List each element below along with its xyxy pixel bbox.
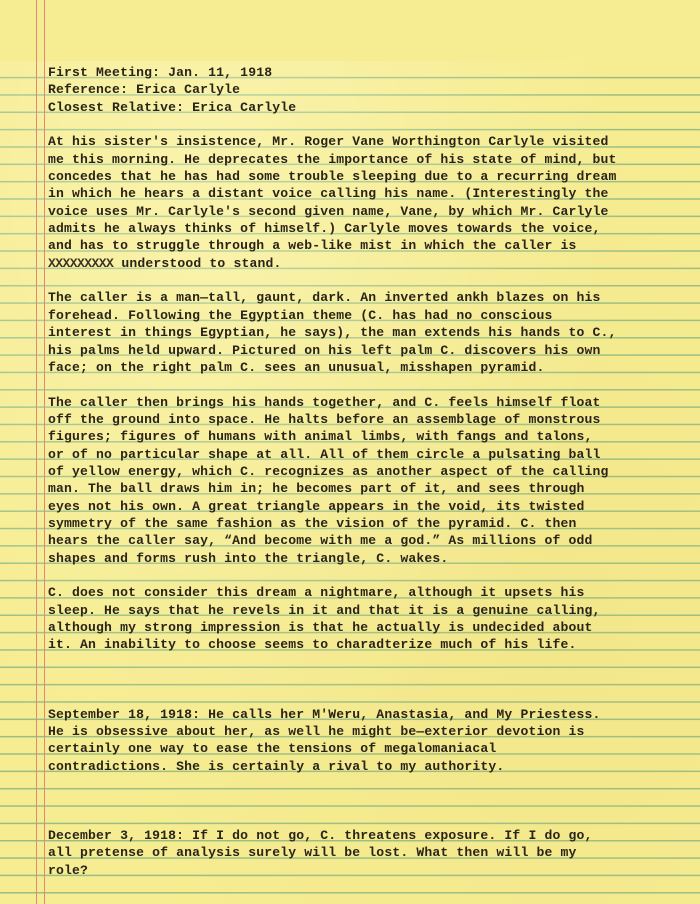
text-line: of yellow energy, which C. recognizes as… xyxy=(48,463,700,480)
text-line: in which he hears a distant voice callin… xyxy=(48,185,700,202)
margin-line-outer xyxy=(36,0,37,904)
text-line: and has to struggle through a web-like m… xyxy=(48,237,700,254)
spacer xyxy=(48,671,700,688)
text-line: admits he always thinks of himself.) Car… xyxy=(48,220,700,237)
paragraph-assessment: C. does not consider this dream a nightm… xyxy=(48,584,700,653)
first-meeting-line: First Meeting: Jan. 11, 1918 xyxy=(48,64,700,81)
page-top-margin xyxy=(0,0,700,61)
spacer xyxy=(48,376,700,393)
spacer xyxy=(48,688,700,705)
text-line: sleep. He says that he revels in it and … xyxy=(48,602,700,619)
spacer xyxy=(48,272,700,289)
text-line: The caller is a man—tall, gaunt, dark. A… xyxy=(48,289,700,306)
text-line: role? xyxy=(48,862,700,879)
entry-december: December 3, 1918: If I do not go, C. thr… xyxy=(48,827,700,879)
text-line: figures; figures of humans with animal l… xyxy=(48,428,700,445)
case-notes: First Meeting: Jan. 11, 1918 Reference: … xyxy=(48,64,700,879)
text-line: C. does not consider this dream a nightm… xyxy=(48,584,700,601)
text-line: At his sister's insistence, Mr. Roger Va… xyxy=(48,133,700,150)
legal-pad-page: First Meeting: Jan. 11, 1918 Reference: … xyxy=(0,0,700,904)
entry-september: September 18, 1918: He calls her M'Weru,… xyxy=(48,706,700,775)
text-line: September 18, 1918: He calls her M'Weru,… xyxy=(48,706,700,723)
text-line: hears the caller say, “And become with m… xyxy=(48,532,700,549)
text-line: all pretense of analysis surely will be … xyxy=(48,844,700,861)
paragraph-caller: The caller is a man—tall, gaunt, dark. A… xyxy=(48,289,700,376)
text-line: shapes and forms rush into the triangle,… xyxy=(48,550,700,567)
spacer xyxy=(48,567,700,584)
text-line: He is obsessive about her, as well he mi… xyxy=(48,723,700,740)
text-line: man. The ball draws him in; he becomes p… xyxy=(48,480,700,497)
reference-line: Reference: Erica Carlyle xyxy=(48,81,700,98)
text-line: eyes not his own. A great triangle appea… xyxy=(48,498,700,515)
text-line: although my strong impression is that he… xyxy=(48,619,700,636)
text-line: off the ground into space. He halts befo… xyxy=(48,411,700,428)
text-line: symmetry of the same fashion as the visi… xyxy=(48,515,700,532)
text-line: it. An inability to choose seems to char… xyxy=(48,636,700,653)
text-line: forehead. Following the Egyptian theme (… xyxy=(48,307,700,324)
text-line: concedes that he has had some trouble sl… xyxy=(48,168,700,185)
text-line: XXXXXXXXX understood to stand. xyxy=(48,255,700,272)
margin-line-inner xyxy=(44,0,45,904)
spacer xyxy=(48,654,700,671)
text-line: certainly one way to ease the tensions o… xyxy=(48,740,700,757)
text-line: or of no particular shape at all. All of… xyxy=(48,446,700,463)
paragraph-visit: At his sister's insistence, Mr. Roger Va… xyxy=(48,133,700,272)
spacer xyxy=(48,116,700,133)
text-line: voice uses Mr. Carlyle's second given na… xyxy=(48,203,700,220)
closest-relative-line: Closest Relative: Erica Carlyle xyxy=(48,99,700,116)
spacer xyxy=(48,810,700,827)
text-line: contradictions. She is certainly a rival… xyxy=(48,758,700,775)
text-fragment: understood to stand. xyxy=(113,256,281,271)
text-line: interest in things Egyptian, he says), t… xyxy=(48,324,700,341)
text-line: his palms held upward. Pictured on his l… xyxy=(48,342,700,359)
spacer xyxy=(48,775,700,792)
struck-out-text: XXXXXXXXX xyxy=(48,256,113,271)
paragraph-vision: The caller then brings his hands togethe… xyxy=(48,394,700,567)
text-line: The caller then brings his hands togethe… xyxy=(48,394,700,411)
text-line: December 3, 1918: If I do not go, C. thr… xyxy=(48,827,700,844)
spacer xyxy=(48,792,700,809)
text-line: face; on the right palm C. sees an unusu… xyxy=(48,359,700,376)
text-line: me this morning. He deprecates the impor… xyxy=(48,151,700,168)
